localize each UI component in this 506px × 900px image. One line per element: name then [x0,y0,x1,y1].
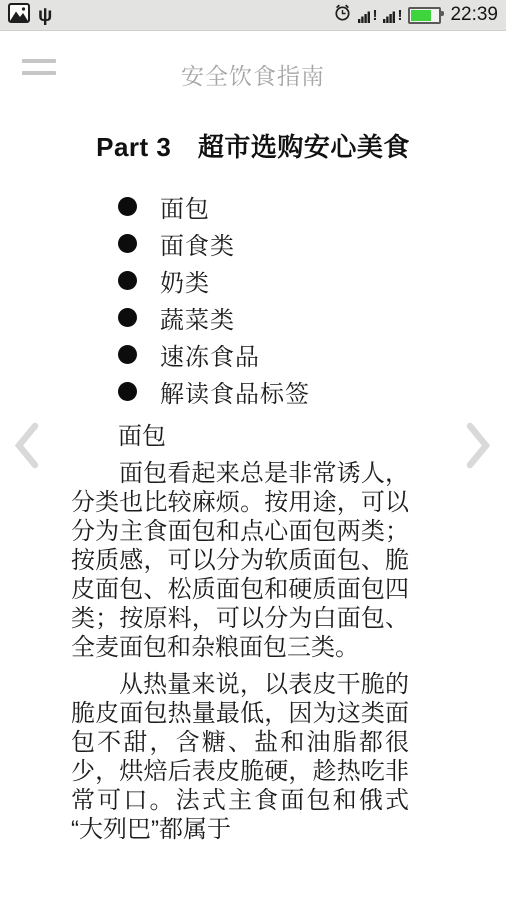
list-item: 解读食品标签 [118,373,506,410]
app-screen: ψ ! [0,0,506,900]
bullet-icon [118,271,137,290]
paragraph: 从热量来说，以表皮干脆的脆皮面包热量最低，因为这类面包不甜，含糖、盐和油脂都很少… [71,670,409,844]
status-bar-right: ! ! 22:39 [333,3,498,27]
alarm-icon [333,3,352,27]
signal-alert-mark: ! [397,8,402,23]
next-page-button[interactable] [464,422,492,469]
status-time: 22:39 [450,4,498,26]
section-heading: 面包 [118,416,506,451]
list-item: 面食类 [118,225,506,262]
list-item: 蔬菜类 [118,299,506,336]
list-item-label: 蔬菜类 [160,300,235,335]
status-bar: ψ ! [0,0,506,31]
battery-icon [408,7,441,24]
signal-alert-mark: ! [372,8,377,23]
bullet-icon [118,345,137,364]
list-item: 速冻食品 [118,336,506,373]
bullet-icon [118,382,137,401]
header: 安全饮食指南 [0,31,506,105]
list-item: 面包 [118,188,506,225]
chapter-toc-list: 面包 面食类 奶类 蔬菜类 速冻食品 解读食品标签 [0,188,506,410]
list-item-label: 速冻食品 [160,337,260,372]
bullet-icon [118,308,137,327]
list-item-label: 奶类 [160,263,210,298]
signal-icon: ! [358,8,377,23]
reader-content: Part 3 超市选购安心美食 面包 面食类 奶类 蔬菜类 速冻食品 [0,105,506,900]
status-bar-left: ψ [8,3,52,28]
bullet-icon [118,234,137,253]
usb-icon: ψ [38,6,52,25]
prev-page-button[interactable] [13,422,41,469]
chapter-title: Part 3 超市选购安心美食 [0,132,506,162]
list-item-label: 面食类 [160,226,235,261]
page-title: 安全饮食指南 [0,58,506,91]
list-item-label: 面包 [160,189,210,224]
paragraph: 面包看起来总是非常诱人，分类也比较麻烦。按用途，可以分为主食面包和点心面包两类；… [71,459,409,662]
battery-fill [411,10,431,21]
list-item: 奶类 [118,262,506,299]
list-item-label: 解读食品标签 [160,374,310,409]
signal-icon-2: ! [383,8,402,23]
gallery-icon [8,3,30,28]
bullet-icon [118,197,137,216]
